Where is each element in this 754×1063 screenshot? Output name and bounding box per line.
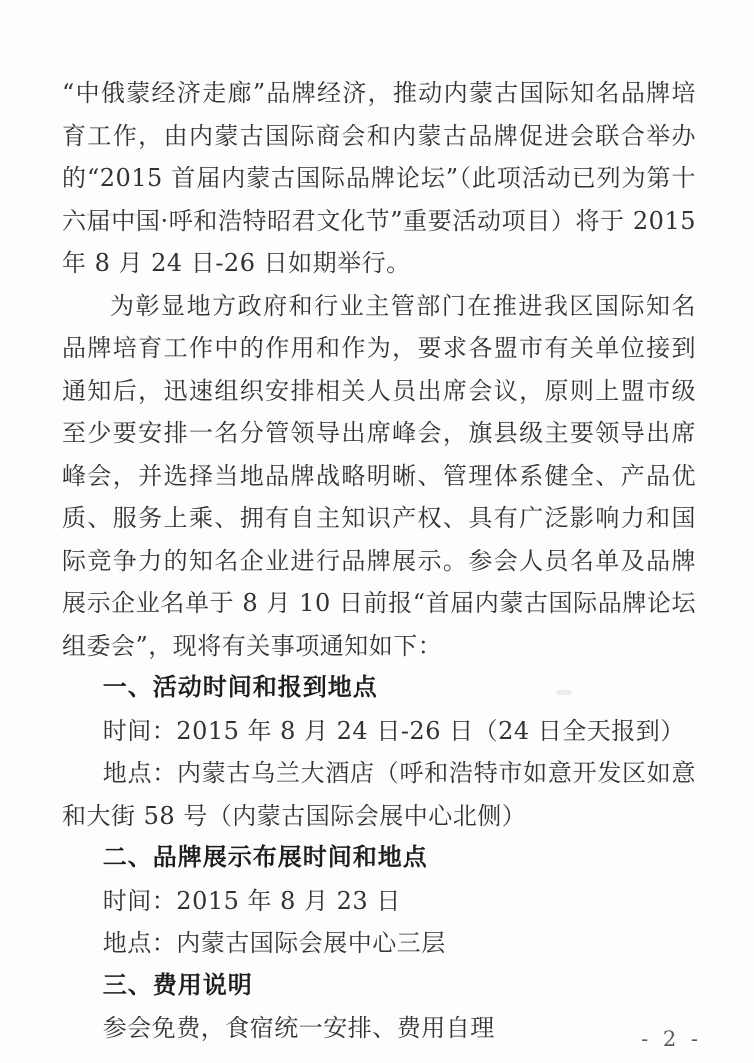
section-heading-2-exhibition-setup: 二、品牌展示布展时间和地点	[62, 837, 696, 880]
page-number: - 2 -	[641, 1027, 702, 1051]
paragraph-participation-requirements: 为彰显地方政府和行业主管部门在推进我区国际知名品牌培育工作中的作用和作为，要求各…	[62, 285, 696, 668]
item-section2-time: 时间：2015 年 8 月 23 日	[62, 880, 696, 923]
item-section1-location: 地点：内蒙古乌兰大酒店（呼和浩特市如意开发区如意和大街 58 号（内蒙古国际会展…	[62, 752, 696, 837]
document-body: “中俄蒙经济走廊”品牌经济，推动内蒙古国际知名品牌培育工作，由内蒙古国际商会和内…	[62, 72, 696, 1050]
section-heading-1-time-and-registration: 一、活动时间和报到地点	[62, 667, 696, 710]
section-heading-3-fees: 三、费用说明	[62, 965, 696, 1008]
item-section1-time: 时间：2015 年 8 月 24 日-26 日（24 日全天报到）	[62, 710, 696, 753]
item-section2-location: 地点：内蒙古国际会展中心三层	[62, 922, 696, 965]
item-section3-fee-note: 参会免费，食宿统一安排、费用自理	[62, 1007, 696, 1050]
scanned-document-page: “中俄蒙经济走廊”品牌经济，推动内蒙古国际知名品牌培育工作，由内蒙古国际商会和内…	[0, 0, 754, 1063]
paragraph-forum-announcement: “中俄蒙经济走廊”品牌经济，推动内蒙古国际知名品牌培育工作，由内蒙古国际商会和内…	[62, 72, 696, 285]
